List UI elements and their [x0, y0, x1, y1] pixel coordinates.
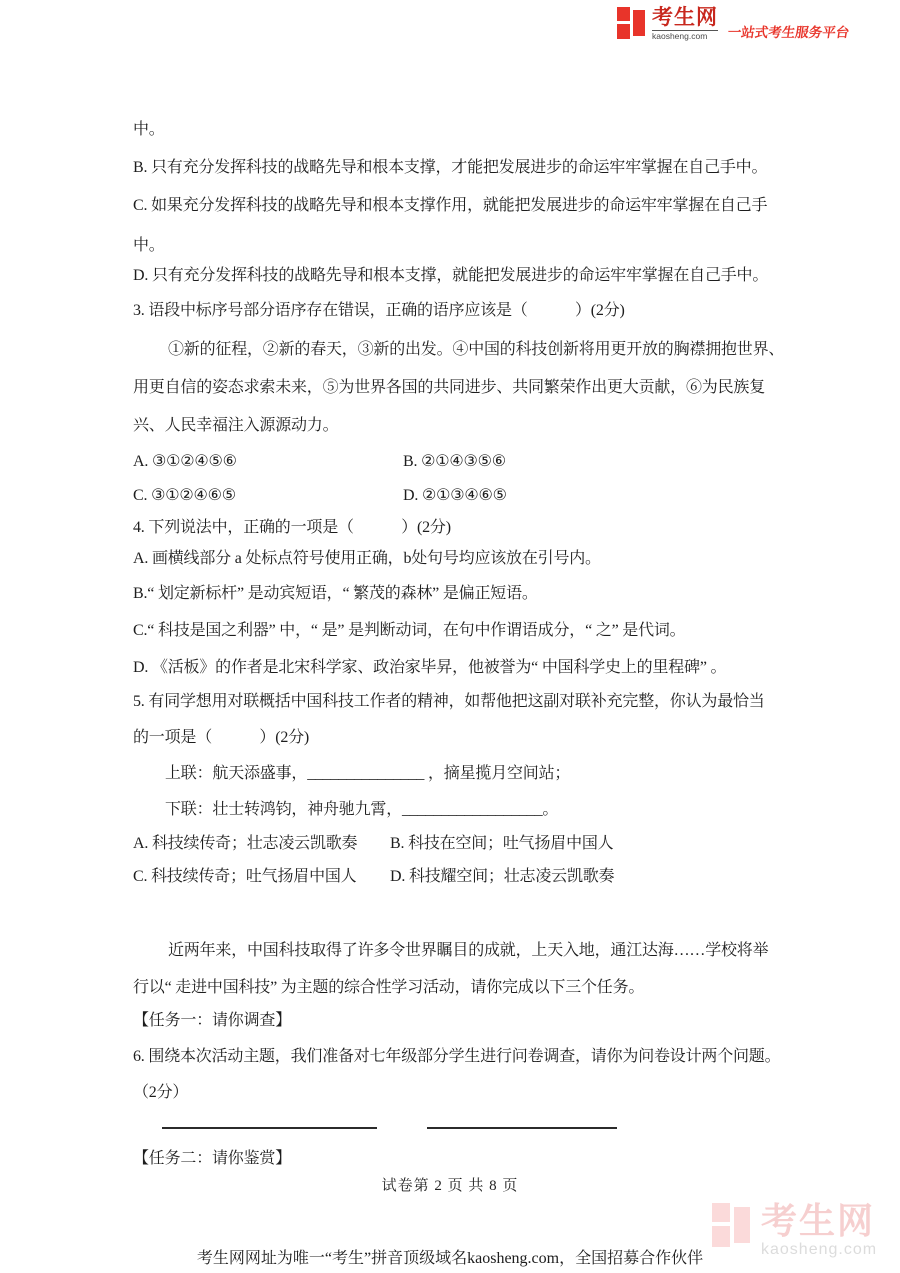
q5-couplet-lower: 下联：壮士转鸿钧，神舟驰九霄，__________________。	[165, 800, 558, 820]
q5-option-c: C. 科技续传奇；吐气扬眉中国人	[133, 867, 356, 887]
footer-note: 考生网网址为唯一“考生”拼音顶级域名kaosheng.com，全国招募合作伙伴	[0, 1245, 900, 1268]
answer-blank-line-2	[427, 1127, 617, 1129]
q4-option-c: C.“ 科技是国之利器” 中，“ 是” 是判断动词，在句中作谓语成分，“ 之” …	[133, 621, 685, 641]
watermark-brand-text: 考生网	[761, 1203, 877, 1239]
q4-option-d: D. 《活板》的作者是北宋科学家、政治家毕昇，他被誉为“ 中国科学史上的里程碑”…	[133, 658, 726, 678]
kaosheng-h-icon	[617, 7, 647, 40]
kaosheng-logo: 考生网 kaosheng.com 一站式考生服务平台	[617, 7, 850, 41]
q2-option-c: C. 如果充分发挥科技的战略先导和根本支撑作用，就能把发展进步的命运牢牢掌握在自…	[133, 196, 767, 216]
q2-option-a-wrap: 中。	[133, 120, 165, 140]
q5-stem-line-2: 的一项是（ ）(2分)	[133, 728, 309, 748]
activity-intro-line-1: 近两年来，中国科技取得了许多令世界瞩目的成就，上天入地，通江达海……学校将举	[168, 941, 768, 961]
q5-stem-line-1: 5. 有同学想用对联概括中国科技工作者的精神，如帮他把这副对联补充完整，你认为最…	[133, 692, 765, 712]
q6-stem-line-2: （2分）	[133, 1083, 188, 1103]
q2-option-c-wrap: 中。	[133, 236, 165, 256]
task2-header: 【任务二：请你鉴赏】	[133, 1149, 291, 1169]
q5-option-a: A. 科技续传奇；壮志凌云凯歌奏	[133, 834, 357, 854]
q3-option-c: C. ③①②④⑥⑤	[133, 486, 236, 506]
page-indicator: 试卷第 2 页 共 8 页	[0, 1174, 900, 1195]
q2-option-b: B. 只有充分发挥科技的战略先导和根本支撑，才能把发展进步的命运牢牢掌握在自己手…	[133, 158, 767, 178]
q4-option-a: A. 画横线部分 a 处标点符号使用正确，b处句号均应该放在引号内。	[133, 549, 601, 569]
logo-tagline: 一站式考生服务平台	[727, 21, 851, 41]
q6-stem-line-1: 6. 围绕本次活动主题，我们准备对七年级部分学生进行问卷调查，请你为问卷设计两个…	[133, 1047, 780, 1067]
logo-domain-text: kaosheng.com	[652, 30, 718, 41]
q3-passage-line-1: ①新的征程，②新的春天，③新的出发。④中国的科技创新将用更开放的胸襟拥抱世界、	[168, 340, 784, 360]
q5-couplet-upper: 上联：航天添盛事，_______________ ，摘星揽月空间站；	[165, 764, 570, 784]
q3-stem: 3. 语段中标序号部分语序存在错误，正确的语序应该是（ ）(2分)	[133, 301, 625, 321]
task1-header: 【任务一：请你调查】	[133, 1011, 291, 1031]
q5-option-b: B. 科技在空间；吐气扬眉中国人	[390, 834, 613, 854]
q4-option-b: B.“ 划定新标杆” 是动宾短语，“ 繁茂的森林” 是偏正短语。	[133, 584, 538, 604]
kaosheng-h-icon-watermark	[712, 1203, 754, 1249]
q2-option-d: D. 只有充分发挥科技的战略先导和根本支撑，就能把发展进步的命运牢牢掌握在自己手…	[133, 266, 768, 286]
q3-passage-line-3: 兴、人民幸福注入源源动力。	[133, 416, 338, 436]
answer-blank-line-1	[162, 1127, 377, 1129]
q3-option-b: B. ②①④③⑤⑥	[403, 452, 506, 472]
q3-passage-line-2: 用更自信的姿态求索未来，⑤为世界各国的共同进步、共同繁荣作出更大贡献，⑥为民族复	[133, 378, 765, 398]
q5-option-d: D. 科技耀空间；壮志凌云凯歌奏	[390, 867, 614, 887]
q3-option-d: D. ②①③④⑥⑤	[403, 486, 507, 506]
logo-brand-text: 考生网	[652, 7, 718, 28]
q3-option-a: A. ③①②④⑤⑥	[133, 452, 237, 472]
q4-stem: 4. 下列说法中，正确的一项是（ ）(2分)	[133, 518, 451, 538]
activity-intro-line-2: 行以“ 走进中国科技” 为主题的综合性学习活动，请你完成以下三个任务。	[133, 978, 644, 998]
exam-paper-page: 考生网 kaosheng.com 一站式考生服务平台 中。 B. 只有充分发挥科…	[0, 0, 900, 1273]
